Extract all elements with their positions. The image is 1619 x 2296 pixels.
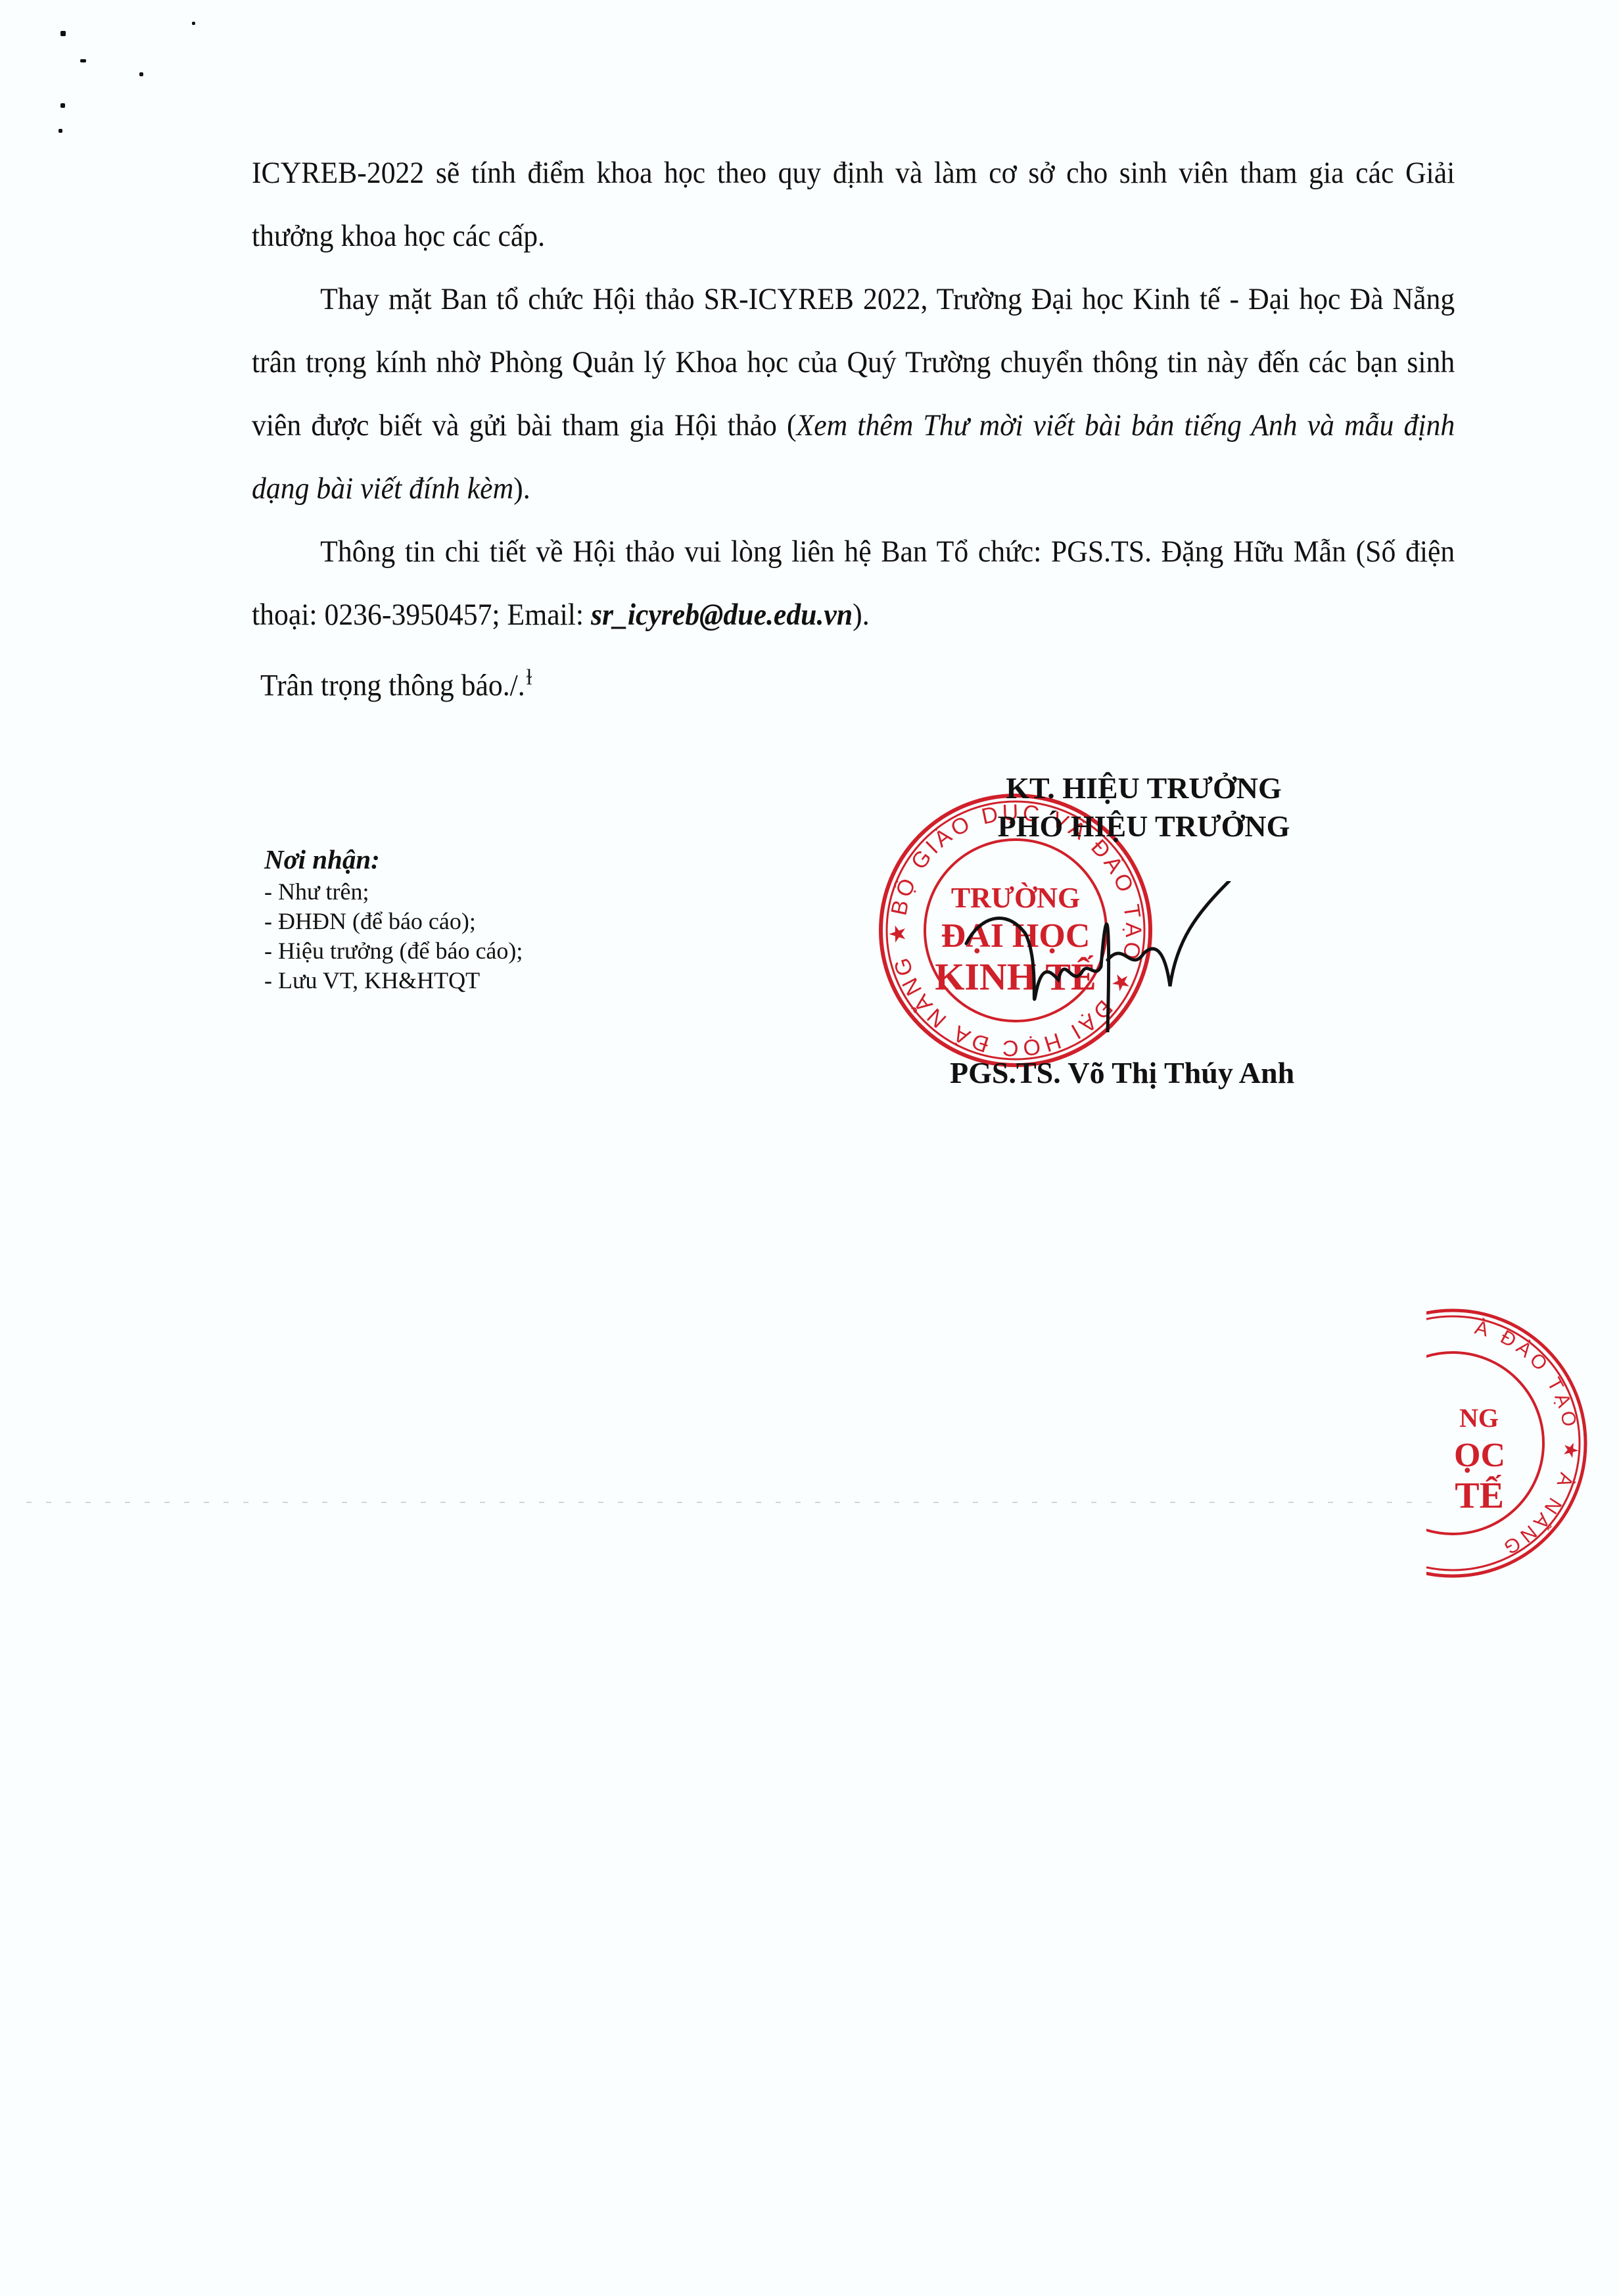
svg-text:NG: NG xyxy=(1459,1403,1499,1433)
scan-speck xyxy=(192,22,195,25)
scan-speck xyxy=(139,72,143,76)
recipients-title: Nơi nhận: xyxy=(264,845,523,874)
contact-email-link[interactable]: sr_icyreb@due.edu.vn xyxy=(591,598,853,632)
recipient-item: - Như trên; xyxy=(264,877,523,907)
closing-line: Trân trọng thông báo./.ɫ xyxy=(252,646,1455,717)
scan-speck xyxy=(80,59,86,62)
partial-stamp: NG ỌC TẾ À ĐÀO TẠO ★ À NẴNG xyxy=(1426,1305,1619,1581)
recipient-item: - ĐHĐN (để báo cáo); xyxy=(264,907,523,936)
scan-fold-line xyxy=(26,1502,1440,1503)
recipient-item: - Lưu VT, KH&HTQT xyxy=(264,966,523,995)
initial-mark: ɫ xyxy=(527,665,532,690)
paragraph-contact: Thông tin chi tiết về Hội thảo vui lòng … xyxy=(252,520,1455,646)
scan-speck xyxy=(59,129,62,133)
recipient-item: - Hiệu trưởng (để báo cáo); xyxy=(264,936,523,966)
partial-stamp-seal-icon: NG ỌC TẾ À ĐÀO TẠO ★ À NẴNG xyxy=(1426,1305,1619,1581)
recipients-block: Nơi nhận: - Như trên; - ĐHĐN (để báo cáo… xyxy=(264,845,523,995)
paragraph-request: Thay mặt Ban tổ chức Hội thảo SR-ICYREB … xyxy=(252,268,1455,520)
paragraph-scoring: ICYREB-2022 sẽ tính điểm khoa học theo q… xyxy=(252,141,1455,268)
scan-speck xyxy=(60,31,66,36)
letter-body: ICYREB-2022 sẽ tính điểm khoa học theo q… xyxy=(252,141,1455,717)
scan-speck xyxy=(60,103,65,108)
svg-text:TẾ: TẾ xyxy=(1455,1474,1504,1516)
handwritten-signature-icon xyxy=(953,881,1269,1032)
signature-title: KT. HIỆU TRƯỞNG PHÓ HIỆU TRƯỞNG xyxy=(920,769,1367,846)
svg-text:ỌC: ỌC xyxy=(1454,1437,1505,1474)
signer-name: PGS.TS. Võ Thị Thúy Anh xyxy=(950,1055,1294,1090)
